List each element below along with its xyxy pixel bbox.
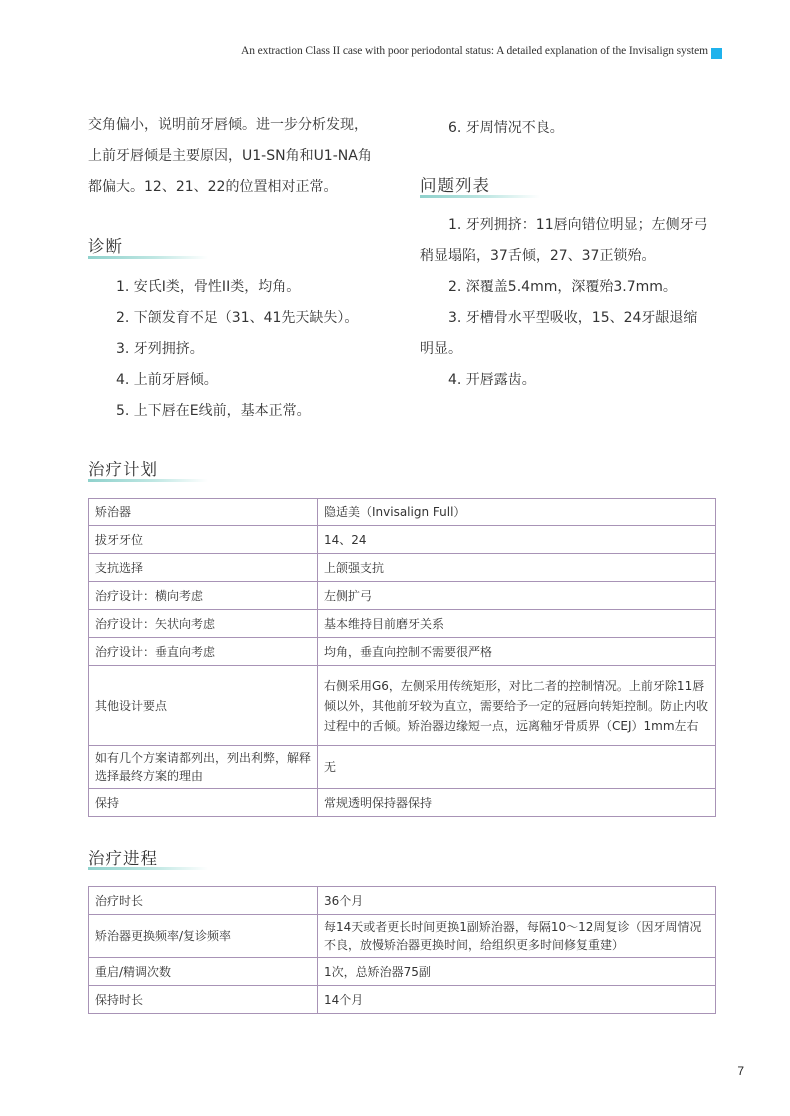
table-row: 矫治器 隐适美（Invisalign Full） (89, 499, 716, 526)
heading-underline (88, 479, 208, 482)
diagnosis-item: 1. 安氏I类，骨性II类，均角。 (116, 276, 300, 296)
intro-line: 都偏大。12、21、22的位置相对正常。 (88, 172, 388, 203)
section-heading-problem-list: 问题列表 (420, 172, 490, 196)
treatment-progress-table: 治疗时长 36个月 矫治器更换频率/复诊频率 每14天或者更长时间更换1副矫治器… (88, 886, 716, 1014)
row-label: 保持 (89, 789, 318, 817)
row-label: 保持时长 (89, 986, 318, 1014)
table-row: 治疗时长 36个月 (89, 887, 716, 915)
row-value: 无 (318, 746, 716, 789)
row-value: 左侧扩弓 (318, 582, 716, 610)
row-label: 治疗时长 (89, 887, 318, 915)
intro-line: 交角偏小，说明前牙唇倾。进一步分析发现， (88, 110, 388, 141)
row-value: 36个月 (318, 887, 716, 915)
row-label: 治疗设计：矢状向考虑 (89, 610, 318, 638)
diagnosis-item: 4. 上前牙唇倾。 (116, 369, 218, 389)
row-value: 右侧采用G6，左侧采用传统矩形，对比二者的控制情况。上前牙除11唇倾以外，其他前… (318, 666, 716, 746)
table-row: 矫治器更换频率/复诊频率 每14天或者更长时间更换1副矫治器，每隔10～12周复… (89, 915, 716, 958)
row-label: 拔牙牙位 (89, 526, 318, 554)
table-row: 保持时长 14个月 (89, 986, 716, 1014)
row-label: 矫治器更换频率/复诊频率 (89, 915, 318, 958)
row-label: 重启/精调次数 (89, 958, 318, 986)
row-label: 其他设计要点 (89, 666, 318, 746)
problem-item-continuation: 明显。 (420, 338, 462, 358)
problem-item: 4. 开唇露齿。 (448, 369, 536, 389)
left-column: 交角偏小，说明前牙唇倾。进一步分析发现， 上前牙唇倾是主要原因，U1-SN角和U… (88, 110, 388, 203)
row-value: 14个月 (318, 986, 716, 1014)
table-row: 支抗选择 上颌强支抗 (89, 554, 716, 582)
table-row: 重启/精调次数 1次，总矫治器75副 (89, 958, 716, 986)
row-value: 每14天或者更长时间更换1副矫治器，每隔10～12周复诊（因牙周情况不良，放慢矫… (318, 915, 716, 958)
table-row: 拔牙牙位 14、24 (89, 526, 716, 554)
heading-underline (88, 256, 208, 259)
section-heading-treatment-plan: 治疗计划 (88, 456, 158, 480)
problem-item: 2. 深覆盖5.4mm，深覆殆3.7mm。 (448, 276, 677, 296)
treatment-plan-table: 矫治器 隐适美（Invisalign Full） 拔牙牙位 14、24 支抗选择… (88, 498, 716, 817)
table-row: 治疗设计：矢状向考虑 基本维持目前磨牙关系 (89, 610, 716, 638)
table-row: 其他设计要点 右侧采用G6，左侧采用传统矩形，对比二者的控制情况。上前牙除11唇… (89, 666, 716, 746)
page-number: 7 (737, 1064, 744, 1078)
intro-line: 上前牙唇倾是主要原因，U1-SN角和U1-NA角 (88, 141, 388, 172)
running-header-title: An extraction Class II case with poor pe… (241, 45, 708, 57)
row-value: 14、24 (318, 526, 716, 554)
heading-underline (420, 195, 540, 198)
row-value: 常规透明保持器保持 (318, 789, 716, 817)
row-label: 如有几个方案请都列出，列出利弊，解释选择最终方案的理由 (89, 746, 318, 789)
table-row: 保持 常规透明保持器保持 (89, 789, 716, 817)
header-accent-square-icon (711, 48, 722, 59)
row-value: 隐适美（Invisalign Full） (318, 499, 716, 526)
row-label: 治疗设计：垂直向考虑 (89, 638, 318, 666)
row-value: 上颌强支抗 (318, 554, 716, 582)
section-heading-diagnosis: 诊断 (88, 233, 123, 257)
row-value: 基本维持目前磨牙关系 (318, 610, 716, 638)
table-row: 治疗设计：垂直向考虑 均角，垂直向控制不需要很严格 (89, 638, 716, 666)
row-value: 1次，总矫治器75副 (318, 958, 716, 986)
problem-item-continuation: 稍显塌陷，37舌倾，27、37正锁殆。 (420, 245, 655, 265)
diagnosis-item: 2. 下颌发育不足（31、41先天缺失）。 (116, 307, 358, 327)
heading-underline (88, 867, 208, 870)
row-label: 治疗设计：横向考虑 (89, 582, 318, 610)
problem-item: 1. 牙列拥挤：11唇向错位明显；左侧牙弓 (448, 214, 708, 234)
table-row: 治疗设计：横向考虑 左侧扩弓 (89, 582, 716, 610)
problem-item: 3. 牙槽骨水平型吸收，15、24牙龈退缩 (448, 307, 697, 327)
table-row: 如有几个方案请都列出，列出利弊，解释选择最终方案的理由 无 (89, 746, 716, 789)
diagnosis-item: 6. 牙周情况不良。 (448, 117, 564, 137)
diagnosis-item: 3. 牙列拥挤。 (116, 338, 204, 358)
row-label: 矫治器 (89, 499, 318, 526)
section-heading-treatment-progress: 治疗进程 (88, 845, 158, 869)
row-label: 支抗选择 (89, 554, 318, 582)
diagnosis-item: 5. 上下唇在E线前，基本正常。 (116, 400, 311, 420)
row-value: 均角，垂直向控制不需要很严格 (318, 638, 716, 666)
